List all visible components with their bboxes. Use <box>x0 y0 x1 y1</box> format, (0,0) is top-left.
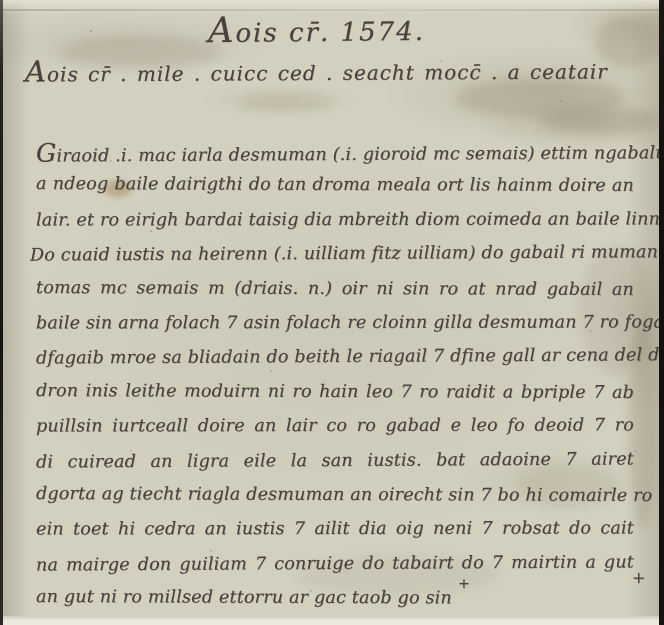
scan-edge-left <box>0 0 3 625</box>
manuscript-line: Do cuaid iustis na heirenn (.i. uilliam … <box>30 236 634 274</box>
paper-crease <box>0 9 664 11</box>
manuscript-line: ein toet hi cedra an iustis 7 ailit dia … <box>36 512 634 547</box>
scribal-cross-mark: + <box>458 576 470 592</box>
year-heading: Aois cr̄. 1574. <box>208 11 425 52</box>
manuscript-line: lair. et ro eirigh bardai taisig dia mbr… <box>36 202 634 237</box>
annal-entry-text: Giraoid .i. mac iarla desmuman (.i. gior… <box>36 134 634 615</box>
manuscript-line: dfagaib mroe sa bliadain do beith le ria… <box>36 339 634 377</box>
paper-stain <box>238 94 333 112</box>
scan-edge-right <box>659 0 664 625</box>
manuscript-line: dgorta ag tiecht riagla desmuman an oire… <box>36 477 634 513</box>
manuscript-line: tomas mc semais m (driais. n.) oir ni si… <box>36 271 634 307</box>
manuscript-line: na mairge don guiliam 7 conruige do taba… <box>36 545 634 583</box>
manuscript-line: dron inis leithe moduirn ni ro hain leo … <box>36 374 634 410</box>
scribal-cross-mark: + <box>632 568 645 587</box>
manuscript-line: Giraoid .i. mac iarla desmuman (.i. gior… <box>36 132 634 170</box>
page-bottom-margin <box>0 616 664 625</box>
manuscript-line: baile sin arna folach 7 asin folach re c… <box>36 305 634 340</box>
paper-stain <box>540 108 660 134</box>
paper-speckles <box>90 30 92 32</box>
manuscript-line: puillsin iurtceall doire an lair co ro g… <box>36 409 634 444</box>
manuscript-line: an gut ni ro millsed ettorru ar gac taob… <box>36 580 634 616</box>
year-in-words-heading: Aois cr̄ . mile . cuicc ced . seacht moc… <box>25 53 608 89</box>
manuscript-page-scan: Aois cr̄. 1574. Aois cr̄ . mile . cuicc … <box>0 0 664 625</box>
manuscript-line: di cuiread an ligra eile la san iustis. … <box>36 442 634 480</box>
manuscript-line: a ndeog baile dairigthi do tan droma mea… <box>36 167 634 203</box>
